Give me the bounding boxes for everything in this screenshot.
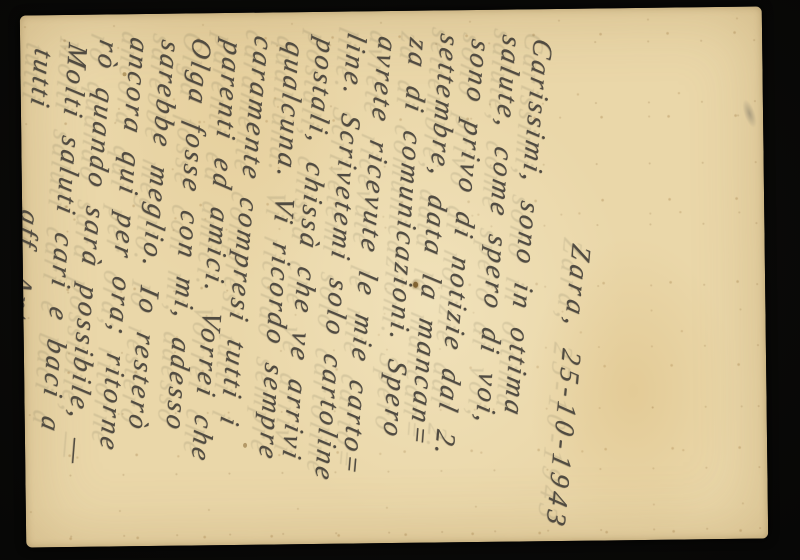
signature: aff. Anton bbox=[20, 207, 44, 360]
postcard: Zara, 25-10-1943 Carissimi, sono in otti… bbox=[20, 6, 768, 547]
scan-background: Zara, 25-10-1943 Carissimi, sono in otti… bbox=[0, 0, 800, 560]
closing-word: tutti bbox=[24, 46, 59, 113]
date-line: Zara, 25-10-1943 bbox=[540, 241, 594, 533]
paper-stain bbox=[243, 443, 247, 448]
pencil-smudge bbox=[740, 98, 760, 130]
paper-stain bbox=[122, 72, 126, 76]
paper-stain bbox=[413, 282, 418, 288]
